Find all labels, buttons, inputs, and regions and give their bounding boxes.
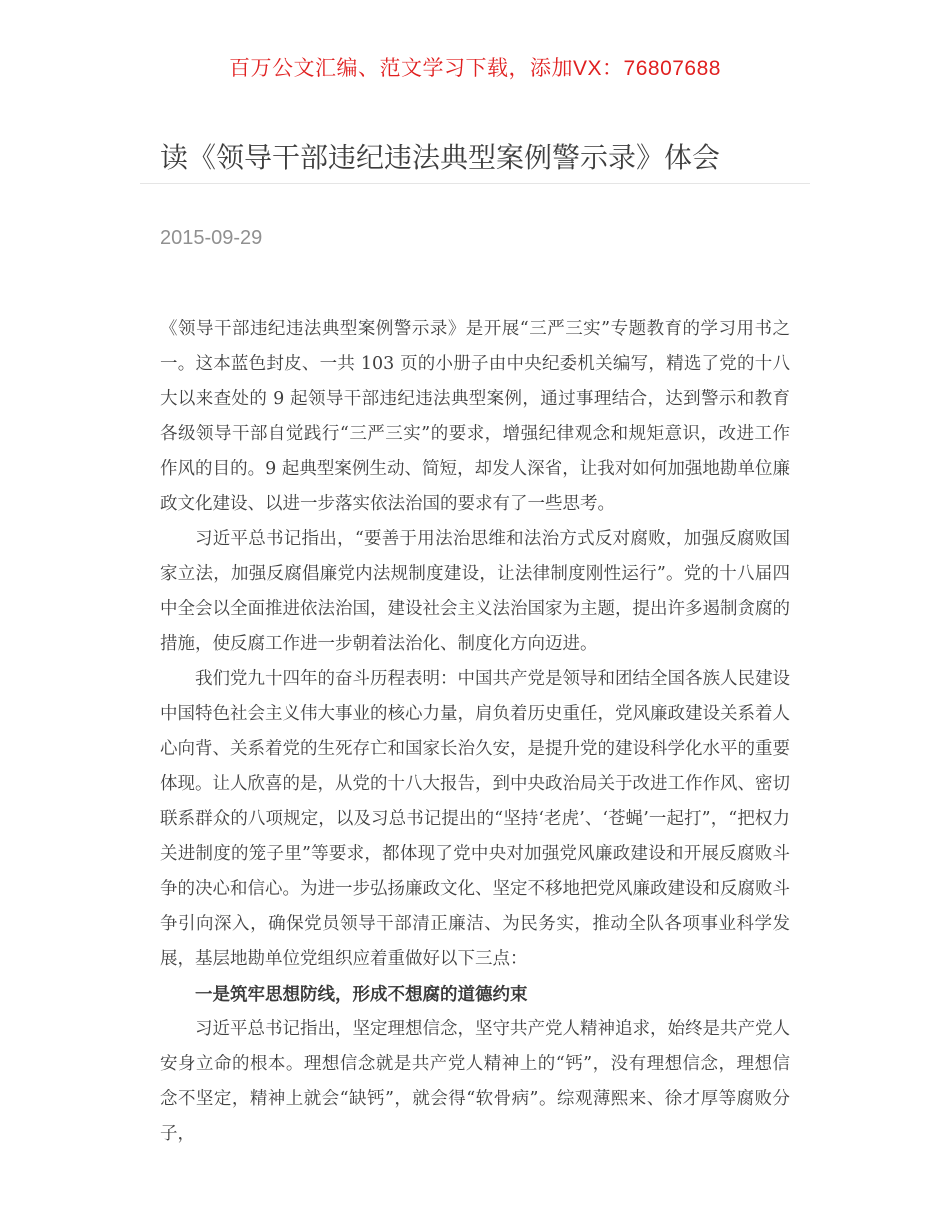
- promo-banner-text: 百万公文汇编、范文学习下载，添加VX：76807688: [0, 55, 950, 82]
- article-paragraph: 我们党九十四年的奋斗历程表明：中国共产党是领导和团结全国各族人民建设中国特色社会…: [160, 662, 790, 977]
- article-date: 2015-09-29: [140, 224, 810, 252]
- page-title: 读《领导干部违纪违法典型案例警示录》体会: [140, 140, 810, 176]
- article-container: 读《领导干部违纪违法典型案例警示录》体会 2015-09-29 《领导干部违纪违…: [140, 140, 810, 1152]
- article-body: 《领导干部违纪违法典型案例警示录》是开展“三严三实”专题教育的学习用书之一。这本…: [140, 312, 810, 1152]
- article-paragraph: 习近平总书记指出，“要善于用法治思维和法治方式反对腐败，加强反腐败国家立法，加强…: [160, 522, 790, 662]
- article-paragraph: 《领导干部违纪违法典型案例警示录》是开展“三严三实”专题教育的学习用书之一。这本…: [160, 312, 790, 522]
- title-divider: [140, 183, 810, 184]
- section-heading: 一是筑牢思想防线，形成不想腐的道德约束: [160, 977, 790, 1012]
- article-paragraph: 习近平总书记指出，坚定理想信念，坚守共产党人精神追求，始终是共产党人安身立命的根…: [160, 1012, 790, 1152]
